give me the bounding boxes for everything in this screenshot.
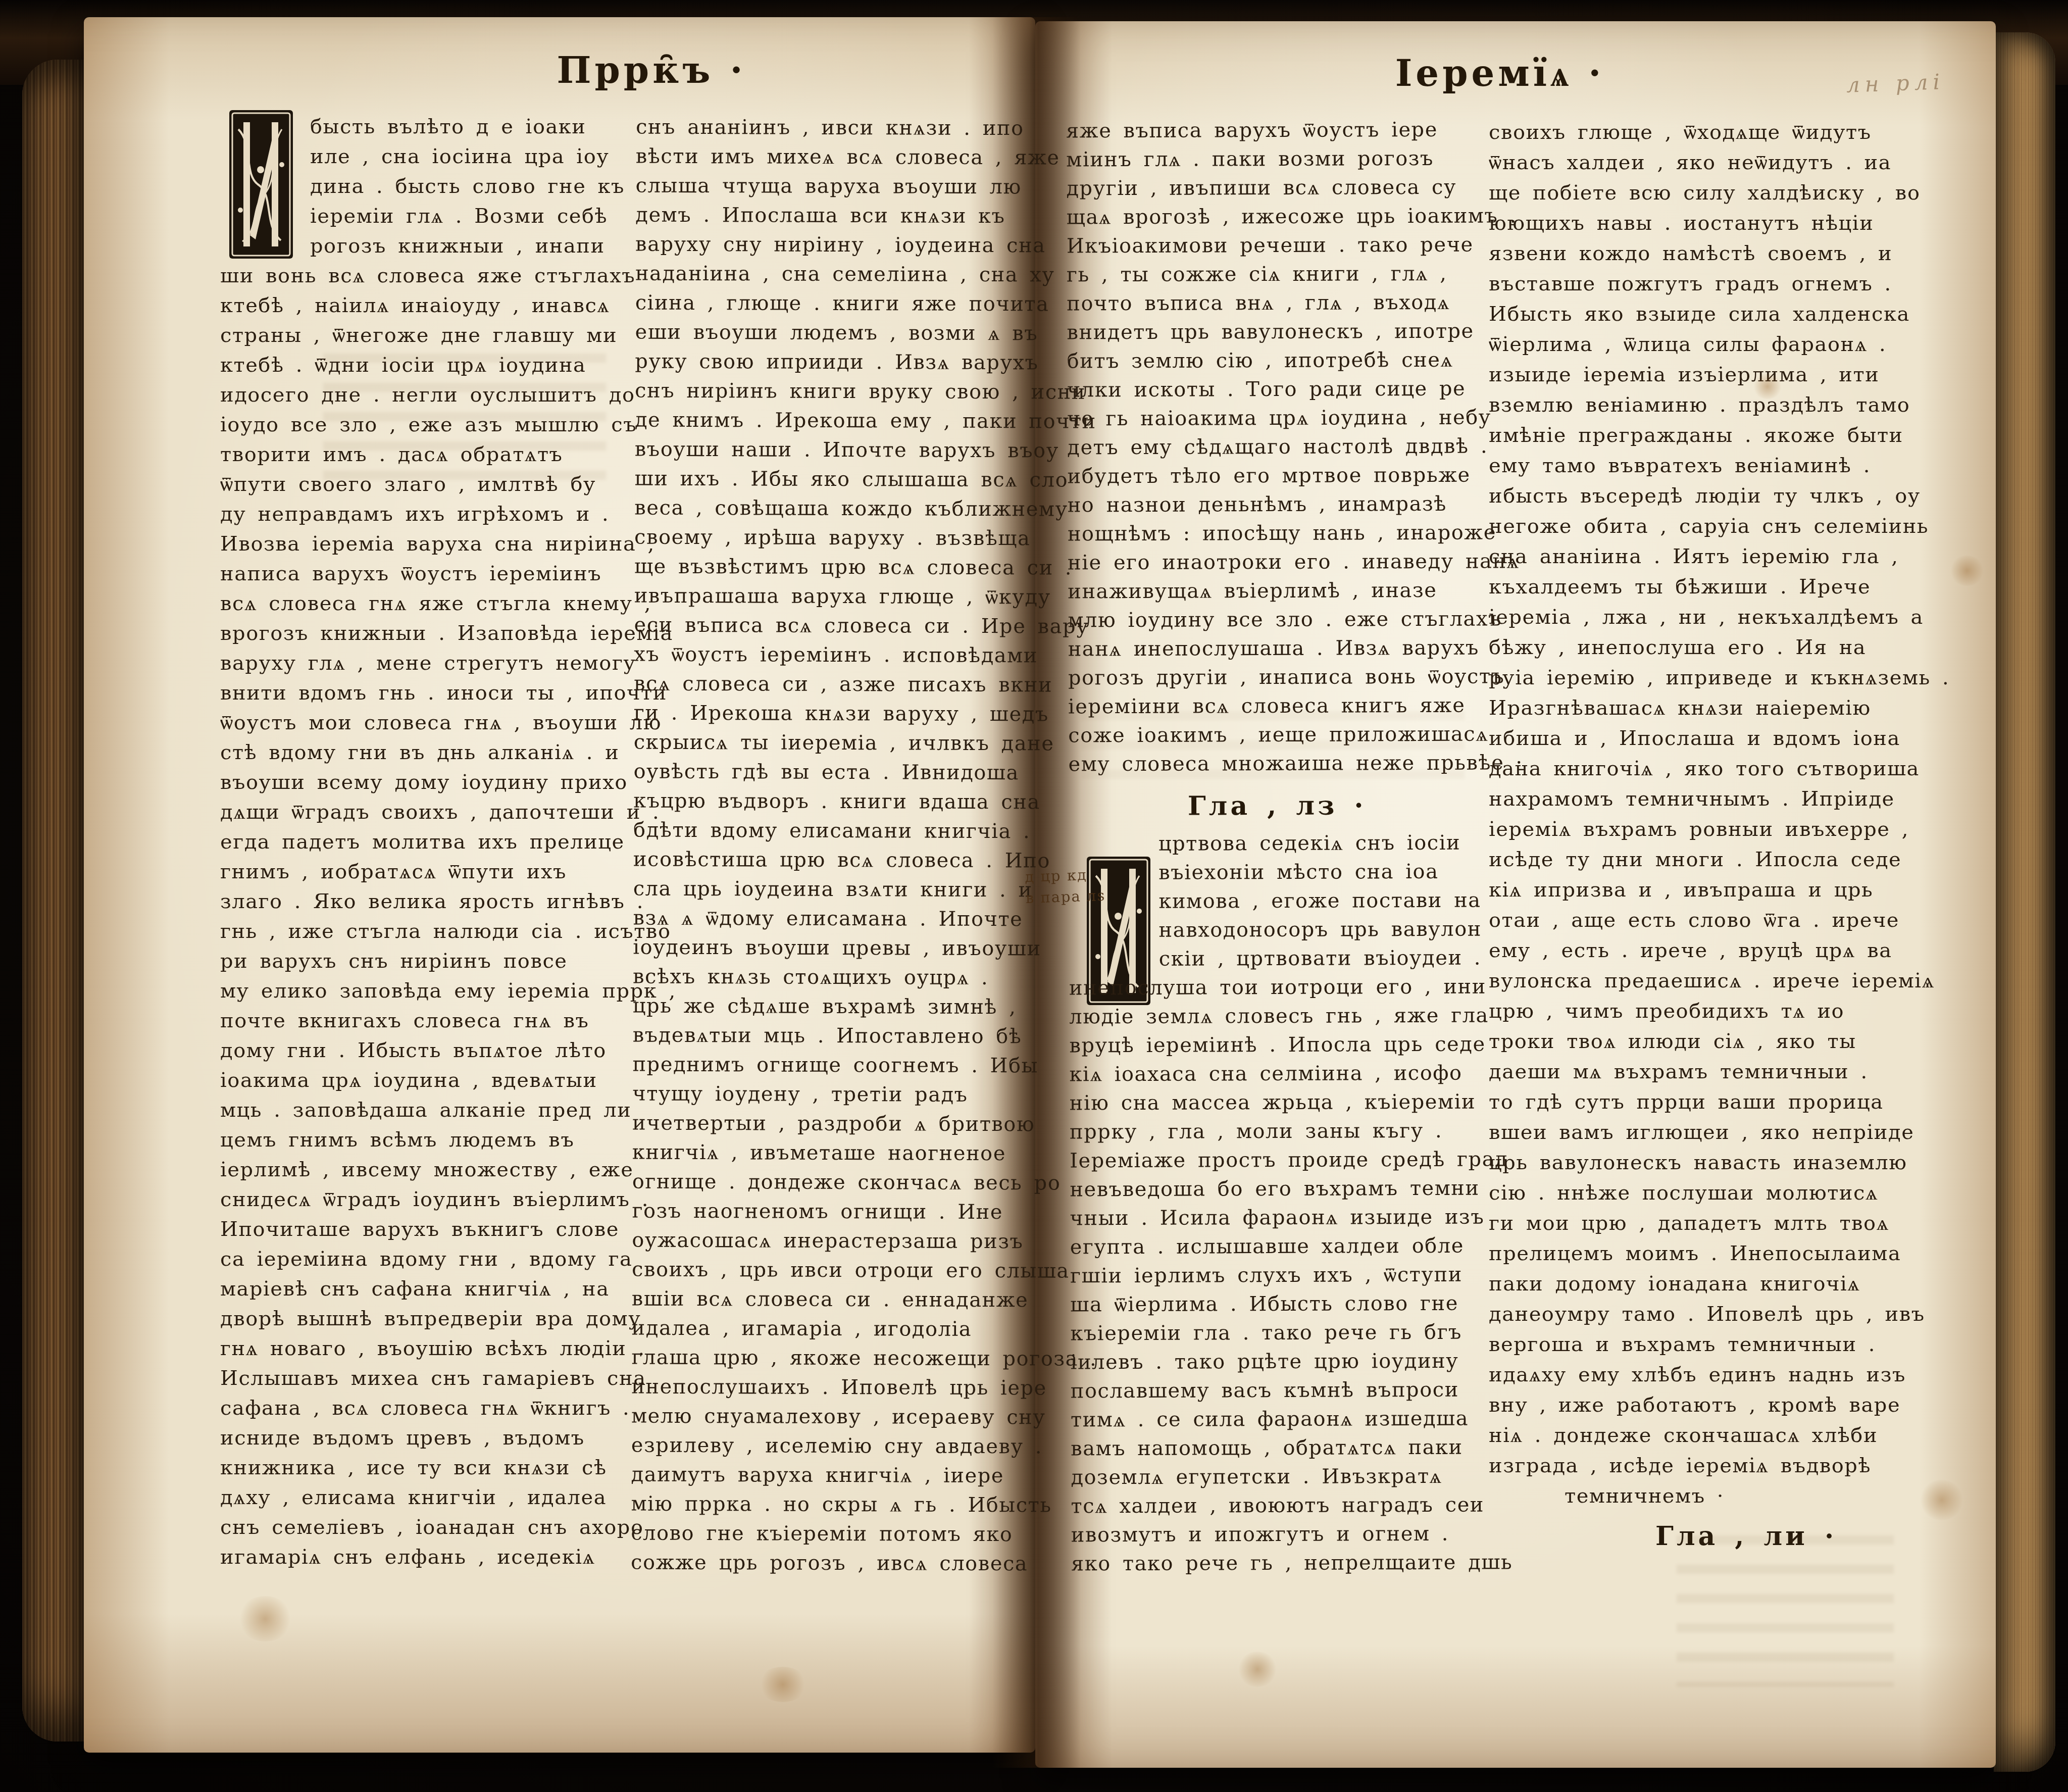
open-book-photo: Пррк̑ъ · Іеремїѧ · лн рлі бысть вълѣто д…: [0, 0, 2068, 1792]
text-line: бысть вълѣто д е іоаки: [310, 112, 624, 142]
text-line: ги . Ирекоша кнѧзи варуху , шедъ: [634, 699, 1038, 729]
text-line: вземлю веніаминю . праздѣлъ тамо: [1489, 390, 1913, 420]
text-line: ѿоустъ мои словеса гнѧ , въоуши лю: [220, 708, 624, 738]
text-line: демъ . Ипослаша вси кнѧзи къ: [635, 201, 1039, 231]
text-line: въіехоніи мѣсто сна іоа: [1158, 858, 1486, 887]
text-line: Ибысть яко взыиде сила халденска: [1489, 299, 1913, 329]
text-line: людіе землѧ словесъ гнь , яже гла: [1069, 1002, 1486, 1032]
text-line: негоже обита , саруіа снъ селеміинь: [1489, 511, 1913, 541]
right-page-column-1: яже въписа варухъ ѿоустъ іереміинъ глѧ .…: [1066, 116, 1488, 1579]
text-line: ему , есть . ирече , вруцѣ црѧ ва: [1489, 935, 1913, 966]
text-line: скіи , цртвовати въіоудеи .: [1159, 944, 1486, 974]
text-line: сафана , всѧ словеса гнѧ ѿкнигъ .: [220, 1393, 624, 1423]
text-line: навходоносоръ црь вавулон: [1158, 915, 1486, 945]
text-line: книгчіѧ , ивъметаше наогненое: [632, 1138, 1036, 1169]
text-line: езрилеву , иселемію сну авдаеву .: [631, 1431, 1035, 1462]
text-line: взѧ ѧ ѿдому елисамана . Ипочте: [633, 904, 1037, 934]
text-line: егупта . ислышавше халдеи обле: [1070, 1232, 1487, 1262]
text-line: кіѧ ипризва и , ивъпраша и црь: [1489, 875, 1913, 905]
text-line: тсѧ халдеи , ивоюютъ наградъ сеи: [1071, 1491, 1488, 1521]
text-line: язвени кождо намѣстѣ своемъ , и: [1489, 238, 1913, 269]
text-line: даимутъ варуха книгчіѧ , іиере: [631, 1460, 1035, 1491]
text-line: мць . заповѣдаша алканіе пред ли: [220, 1096, 624, 1125]
text-line: еси въписа всѧ словеса си . Ире вару: [634, 611, 1038, 641]
running-header-left: Пррк̑ъ ·: [500, 48, 803, 91]
text-line: варуху глѧ , мене стрегутъ немогу: [220, 649, 624, 678]
column-text: своихъ глюще , ѿходѧще ѿидутъѿнасъ халде…: [1489, 117, 1913, 1481]
text-line: пославшему васъ къмнѣ въпроси: [1071, 1376, 1488, 1406]
text-line: инепослуша тои иотроци его , ини: [1069, 973, 1486, 1003]
text-line: црю , чимъ преобидихъ тѧ ио: [1489, 996, 1913, 1026]
text-line: слово гне къіереміи потомъ яко: [631, 1519, 1035, 1550]
text-line: доземлѧ егупетски . Ивъзкратѧ: [1071, 1462, 1488, 1492]
text-line: ги мои црю , дападетъ млть твоѧ: [1489, 1208, 1913, 1238]
text-line: ши вонь всѧ словеса яже стъглахъ: [220, 261, 624, 291]
text-line: міинъ глѧ . паки возми рогозъ: [1066, 144, 1483, 175]
text-line: иле , сна іосіина цра іоу: [310, 142, 624, 172]
text-line: исовѣстиша црю всѧ словеса . Ипо: [633, 845, 1037, 876]
text-line: нахрамомъ темничнымъ . Ипріиде: [1489, 784, 1913, 814]
text-line: идалеа , игамаріа , игодоліа: [632, 1314, 1036, 1345]
text-line: нію сна массеа жрьца , къіереміи: [1070, 1088, 1487, 1118]
bleed-through-text: [1081, 711, 1465, 787]
text-line: му елико заповѣда ему іереміа пррк ,: [220, 976, 624, 1006]
text-line: ще възвѣстимъ црю всѧ словеса си .: [634, 552, 1038, 583]
foxing-spot: [1752, 374, 1783, 399]
text-line: ри варухъ снъ ниріинъ повсе: [220, 947, 624, 976]
text-line: книжника , исе ту вси кнѧзи сѣ: [220, 1453, 624, 1483]
text-line: ивозмутъ и ипожгутъ и огнем .: [1071, 1520, 1488, 1550]
text-line: дана книгочіѧ , яко того сътвориша: [1489, 754, 1913, 784]
text-line: іерлимѣ , ивсему множеству , еже: [220, 1155, 624, 1185]
text-line: іоакима црѧ іоудина , вдевѧтыи: [220, 1066, 624, 1096]
column-text: снъ ананіинъ , ивси кнѧзи . иповѣсти имъ…: [631, 113, 1040, 1579]
text-line: битъ землю сію , ипотребѣ снеѧ: [1067, 346, 1484, 376]
text-line: еши въоуши людемъ , возми ѧ въ: [635, 318, 1039, 349]
text-line: почте вкнигахъ словеса гнѧ въ: [220, 1006, 624, 1036]
text-line: сію . ннѣже послушаи молютисѧ: [1489, 1178, 1913, 1208]
text-line: дѧху , елисама книгчіи , идалеа: [220, 1483, 624, 1513]
text-line: паки додому іонадана книгочіѧ: [1489, 1269, 1913, 1299]
text-line: вну , иже работаютъ , кромѣ варе: [1489, 1390, 1913, 1420]
text-line: написа варухъ ѿоустъ іереміинъ: [220, 559, 624, 589]
text-line: пррку , гла , моли заны къгу .: [1070, 1117, 1487, 1147]
text-line: своихъ глюще , ѿходѧще ѿидутъ: [1489, 117, 1913, 147]
text-line: ще побіете всю силу халдѣиску , во: [1489, 178, 1913, 208]
text-line: Икъіоакимови речеши . тако рече: [1067, 231, 1484, 261]
text-line: ши ихъ . Ибы яко слышаша всѧ сло: [634, 464, 1038, 495]
text-line: снъ ананіинъ , ивси кнѧзи . ипо: [636, 113, 1040, 143]
text-line: Ивозва іереміа варуха сна ниріина ,: [220, 529, 624, 559]
text-line: сна ананіина . Иятъ іеремію гла ,: [1489, 541, 1913, 572]
text-line: дина . бысть слово гне къ: [310, 172, 624, 202]
text-line: снъ семеліевъ , іоанадан снъ ахоро: [220, 1513, 624, 1542]
text-line: Іереміаже простъ проиде средѣ град: [1070, 1146, 1487, 1176]
text-line: варуху сну ниріину , іоудеина сна: [635, 230, 1039, 261]
text-line: гшіи іерлимъ слухъ ихъ , ѿступи: [1070, 1261, 1487, 1291]
bleed-through-text: [323, 354, 606, 485]
text-line: чтущу іоудену , третіи радъ: [632, 1079, 1036, 1110]
text-line: млю іоудину все зло . еже стъглахъ: [1068, 605, 1485, 635]
text-line: ніе его инаотроки его . инаведу нанѧ: [1068, 547, 1485, 578]
text-line: всѧ словеса гнѧ яже стъгла кнему ,: [220, 589, 624, 619]
text-line: всѧ словеса си , азже писахъ вкни: [634, 669, 1038, 700]
text-line: чныи . Исила фараонѧ изыиде изъ: [1070, 1203, 1487, 1233]
chapter-heading-37: Гла , лз ·: [1069, 791, 1486, 821]
text-line: скрыисѧ ты іиереміа , ичлвкъ дане: [634, 728, 1038, 759]
text-line: че гь наіоакима црѧ іоудина , небу: [1067, 404, 1484, 434]
text-line: ибысть въсередѣ людіи ту члкъ , оу: [1489, 481, 1913, 511]
text-line: нощнѣмъ : ипосѣщу нань , инароже: [1068, 519, 1485, 549]
text-line: іоудеинъ въоуши цревы , ивъоуши: [633, 933, 1037, 964]
text-line: злаго . Яко велика ярость игнѣвъ .: [220, 887, 624, 917]
text-line: цемъ гнимъ всѣмъ людемъ въ: [220, 1125, 624, 1155]
text-line: гнѧ новаго , въоушію всѣхъ людіи .: [220, 1334, 624, 1364]
text-line: своему , ирѣша варуху . възвѣща: [634, 523, 1038, 554]
text-line: Ипочиташе варухъ въкнигъ слове: [220, 1215, 624, 1245]
foxing-spot: [758, 1667, 808, 1702]
text-line: іереміѧ въхрамъ ровныи ивъхерре ,: [1489, 814, 1913, 844]
text-line: дѧщи ѿградъ своихъ , дапочтеши и .: [220, 798, 624, 827]
text-line: вѣсти имъ михеѧ всѧ словеса , яже: [636, 142, 1040, 173]
foxing-spot: [1237, 1652, 1278, 1687]
text-line: іилевъ . тако рцѣте црю іоудину: [1070, 1347, 1487, 1377]
text-line: щаѧ врогозѣ , ижесоже црь іоакимъ .: [1067, 202, 1484, 232]
text-line: црь же сѣдѧше въхрамѣ зимнѣ ,: [633, 991, 1037, 1022]
text-line: въдевѧтыи мць . Ипоставлено бѣ: [633, 1021, 1037, 1052]
text-line: ду неправдамъ ихъ игрѣхомъ и .: [220, 500, 624, 529]
text-line: игамаріѧ снъ елфань , иседекіѧ: [220, 1542, 624, 1572]
text-line: въоуши всему дому іоудину прихо: [220, 768, 624, 798]
text-line: глаша црю , якоже несожещи рогоза .: [631, 1343, 1035, 1374]
text-line: руку свою иприиди . Ивзѧ варухъ: [635, 347, 1039, 378]
text-line: снъ ниріинъ книги вруку свою , исни: [635, 376, 1039, 407]
text-line: руіа іеремію , иприведе и къкнѧземь .: [1489, 663, 1913, 693]
text-line: ичетвертыи , раздроби ѧ бритвою: [632, 1109, 1036, 1139]
text-line: дворѣ вышнѣ въпредверіи вра дому: [220, 1304, 624, 1334]
text-line: отаи , аще есть слово ѿга . ирече: [1489, 905, 1913, 935]
text-line: яже въписа варухъ ѿоустъ іере: [1066, 116, 1483, 146]
text-line: гозъ наогненомъ огнищи . Ине: [632, 1197, 1036, 1227]
text-line: даеши мѧ въхрамъ темничныи .: [1489, 1057, 1913, 1087]
text-line: своихъ , црь ивси отроци его слыша: [632, 1255, 1036, 1286]
left-page-column-1: бысть вълѣто д е іоакииле , сна іосіина …: [220, 112, 624, 1572]
text-line: детъ ему сѣдѧщаго настолѣ двдвѣ .: [1067, 432, 1484, 463]
text-line: цртвова седекіѧ снъ іосіи: [1158, 829, 1486, 859]
text-line: маріевѣ снъ сафана книгчіѧ , на: [220, 1274, 624, 1304]
text-line: прелицемъ моимъ . Инепосылаима: [1489, 1238, 1913, 1269]
text-line: ѿіерлима , ѿлица силы фараонѧ .: [1489, 329, 1913, 360]
text-line: нанѧ инепослушаша . Ивзѧ варухъ: [1068, 634, 1485, 664]
text-line: мелю снуамалехову , исераеву сну: [631, 1402, 1035, 1432]
text-line: бдѣти вдому елисамани книгчіа .: [633, 816, 1037, 847]
text-line: тимѧ . се сила фараонѧ изшедша: [1071, 1405, 1488, 1435]
text-line: стѣ вдому гни въ днь алканіѧ . и: [220, 738, 624, 768]
text-line: изграда , исѣде іереміѧ въдворѣ: [1489, 1451, 1913, 1481]
foxing-spot: [237, 1596, 293, 1641]
bleed-through-text: [1677, 1535, 1894, 1687]
text-line: исѣде ту дни многи . Ипосла седе: [1489, 844, 1913, 875]
text-line: изыиде іереміа изъіерлима , ити: [1489, 360, 1913, 390]
text-line: рогозъ другіи , инаписа вонь ѿоустъ: [1068, 663, 1485, 693]
foxing-spot: [1949, 556, 1985, 586]
text-line: оужасошасѧ инерастерзаша ризъ: [632, 1226, 1036, 1257]
text-line: внити вдомъ гнь . иноси ты , ипочти: [220, 678, 624, 708]
text-line: инаживущаѧ въіерлимѣ , иназе: [1068, 576, 1485, 607]
text-line: ему тамо въвратехъ веніаминѣ .: [1489, 451, 1913, 481]
text-line: другіи , ивъпиши всѧ словеса су: [1066, 173, 1483, 204]
text-line: іереміи глѧ . Возми себѣ: [310, 202, 624, 231]
text-line: ктебѣ , наіилѧ инаіоуду , инавсѧ: [220, 291, 624, 321]
text-line: но назнои деньнѣмъ , инамразѣ: [1068, 490, 1485, 520]
text-line: троки твоѧ илюди сіѧ , яко ты: [1489, 1026, 1913, 1057]
text-line: всѣхъ кнѧзь стоѧщихъ оуцрѧ .: [633, 962, 1037, 993]
text-line: гнимъ , иобратѧсѧ ѿпути ихъ: [220, 857, 624, 887]
text-line: сла црь іоудеина взѧти книги . и: [633, 874, 1037, 905]
text-line: хъ ѿоустъ іереміинъ . исповѣдами: [634, 640, 1038, 671]
text-line: ніѧ . дондеже скончашасѧ хлѣби: [1489, 1420, 1913, 1451]
text-line: мію пррка . но скры ѧ гь . Ибысть: [631, 1489, 1035, 1520]
text-line: вшеи вамъ иглющеи , яко непріиде: [1489, 1117, 1913, 1148]
text-line: слыша чтуща варуха въоуши лю: [635, 171, 1039, 202]
text-line: огнище . дондеже скончасѧ весь ро: [632, 1167, 1036, 1198]
text-line: сіина , глюще . книги яже почита: [635, 288, 1039, 319]
text-line: яко тако рече гь , непрелщаите дшь: [1071, 1549, 1488, 1579]
text-line: члки искоты . Того ради сице ре: [1067, 375, 1484, 405]
text-line: страны , ѿнегоже дне главшу ми: [220, 321, 624, 351]
column-text: инепослуша тои иотроци его , инилюдіе зе…: [1069, 973, 1488, 1579]
text-line: Ислышавъ михеа снъ гамаріевъ сна: [220, 1364, 624, 1393]
column-text: яже въписа варухъ ѿоустъ іереміинъ глѧ .…: [1066, 116, 1486, 779]
text-line: къхалдеемъ ты бѣжиши . Ирече: [1489, 572, 1913, 602]
text-line: кіѧ іоахаса сна селміина , исофо: [1069, 1059, 1486, 1089]
text-line: црь вавулонескъ навасть иназемлю: [1489, 1148, 1913, 1178]
text-line: идаѧху ему хлѣбъ единъ наднь изъ: [1489, 1360, 1913, 1390]
text-line: инепослушаихъ . Иповелѣ црь іере: [631, 1372, 1035, 1403]
text-line: гь , ты сожже сіѧ книги , глѧ ,: [1067, 260, 1484, 290]
text-line: вамъ напомощь , обратѧтсѧ паки: [1071, 1433, 1488, 1464]
text-line: снидесѧ ѿградъ іоудинъ въіерлимъ .: [220, 1185, 624, 1215]
text-line: вшіи всѧ словеса си . еннаданже: [632, 1284, 1036, 1315]
text-line: вергоша и въхрамъ темничныи .: [1489, 1329, 1913, 1360]
text-line: врогозъ книжныи . Изаповѣда іереміа: [220, 619, 624, 649]
text-line: ша ѿіерлима . Ибысть слово гне: [1070, 1289, 1487, 1320]
text-line: къцрю въдворъ . книги вдаша сна: [633, 786, 1037, 817]
page-edges-right: [1994, 32, 2055, 1772]
dropcap-indented-lines: цртвова седекіѧ снъ іосіивъіехоніи мѣсто…: [1069, 829, 1486, 974]
text-line: ибудетъ тѣло его мртвое поврьже: [1067, 461, 1484, 491]
text-line: наданіина , сна семеліина , сна ху: [635, 259, 1039, 290]
left-page-column-2: снъ ананіинъ , ивси кнѧзи . иповѣсти имъ…: [631, 113, 1040, 1579]
text-line: имѣніе прегражданы . якоже быти: [1489, 420, 1913, 451]
running-header-right: Іеремїѧ ·: [1343, 52, 1656, 95]
text-line: данеоумру тамо . Иповелѣ црь , ивъ: [1489, 1299, 1913, 1329]
text-line: гнь , иже стъгла налюди сіа . исътво: [220, 917, 624, 947]
page-edges-left: [22, 60, 88, 1741]
text-line: въставше пожгутъ градъ огнемъ .: [1489, 269, 1913, 299]
right-page-column-2: своихъ глюще , ѿходѧще ѿидутъѿнасъ халде…: [1489, 117, 1913, 1552]
text-line: кимова , егоже постави на: [1158, 886, 1486, 916]
text-line: ибиша и , Ипослаша и вдомъ іона: [1489, 723, 1913, 754]
column-text-last-line: темничнемъ ·: [1565, 1481, 1913, 1511]
text-line: рогозъ книжныи , инапи: [310, 231, 624, 261]
text-line: са іереміина вдому гни , вдому га: [220, 1245, 624, 1274]
text-line: ѿнасъ халдеи , яко неѿидутъ . иа: [1489, 147, 1913, 178]
text-line: Иразгнѣвашасѧ кнѧзи наіеремію: [1489, 693, 1913, 723]
text-line: къіереміи гла . тако рече гь бгъ: [1070, 1318, 1487, 1349]
foxing-spot: [1919, 1480, 1964, 1520]
text-line: веса , совѣщаша кождо къближнему: [634, 493, 1038, 524]
dropcap-indented-lines: бысть вълѣто д е іоакииле , сна іосіина …: [220, 112, 624, 261]
text-line: то гдѣ сутъ пррци ваши прорица: [1489, 1087, 1913, 1117]
text-line: де книмъ . Ирекоша ему , паки почти: [635, 406, 1039, 436]
text-line: ивъпрашаша варуха глюще , ѿкуду: [634, 581, 1038, 612]
text-line: преднимъ огнище соогнемъ . Ибы: [632, 1050, 1036, 1081]
text-line: егда падетъ молитва ихъ прелице: [220, 827, 624, 857]
text-line: бѣжу , инепослуша его . Ия на: [1489, 632, 1913, 663]
text-line: въоуши наши . Ипочте варухъ въоу: [635, 435, 1039, 466]
text-line: іереміа , лжа , ни , некъхалдѣемъ а: [1489, 602, 1913, 632]
text-line: дому гни . Ибысть въпѧтое лѣто: [220, 1036, 624, 1066]
text-line: вулонска предаешисѧ . ирече іереміѧ: [1489, 966, 1913, 996]
text-line: исниде въдомъ цревъ , въдомъ: [220, 1423, 624, 1453]
text-line: оувѣсть гдѣ вы еста . Ивнидоша: [633, 757, 1037, 788]
text-line: юющихъ навы . иостанутъ нѣціи: [1489, 208, 1913, 238]
text-line: сожже црь рогозъ , ивсѧ словеса: [631, 1548, 1035, 1579]
text-line: внидетъ црь вавулонескъ , ипотре: [1067, 317, 1484, 347]
text-line: вруцѣ іереміинѣ . Ипосла црь седе: [1069, 1030, 1486, 1061]
text-line: почто въписа внѧ , глѧ , въходѧ: [1067, 288, 1484, 319]
text-line: невъведоша бо его въхрамъ темни: [1070, 1174, 1487, 1205]
